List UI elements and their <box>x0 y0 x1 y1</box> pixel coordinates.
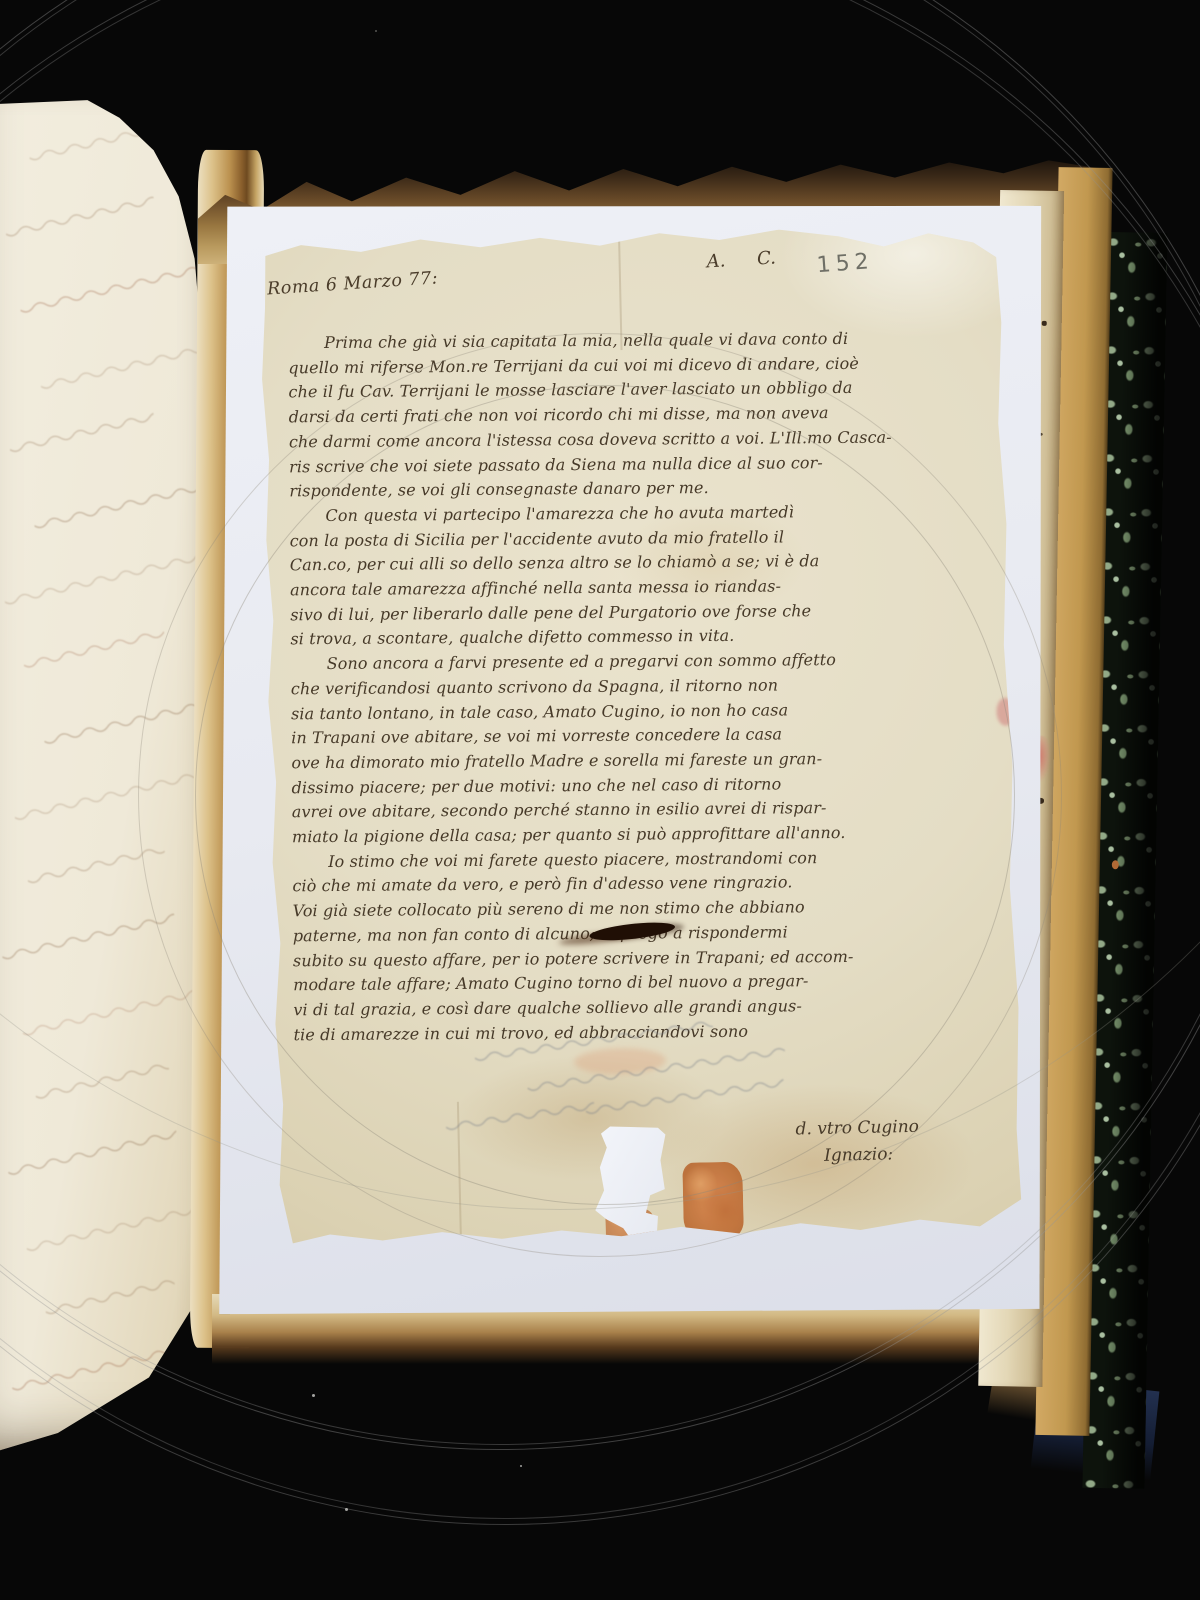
dust-speck <box>312 1394 315 1397</box>
letter-dateline: Roma 6 Marzo 77: <box>267 268 439 299</box>
archival-letters: A. C. <box>706 247 776 272</box>
photo-frame: Roma 6 Marzo 77: A. C. 152 Prima che già… <box>0 0 1200 1600</box>
letter-page: Roma 6 Marzo 77: A. C. 152 Prima che già… <box>256 222 1025 1246</box>
wax-seal-residue <box>682 1162 744 1239</box>
dust-speck <box>375 30 377 32</box>
signature: Ignazio: <box>824 1144 893 1166</box>
dust-speck <box>520 1465 522 1467</box>
seal-smear <box>574 1047 667 1075</box>
letter-body: Prima che già vi sia capitata la mia, ne… <box>288 326 984 1048</box>
letter-text-line: tie di amarezze in cui mi trovo, ed abbr… <box>293 1018 983 1048</box>
page-number-pencil: 152 <box>816 249 875 278</box>
paper-crease <box>457 1102 462 1242</box>
dust-speck <box>345 1508 348 1511</box>
closing-line: d. vtro Cugino <box>795 1117 919 1140</box>
